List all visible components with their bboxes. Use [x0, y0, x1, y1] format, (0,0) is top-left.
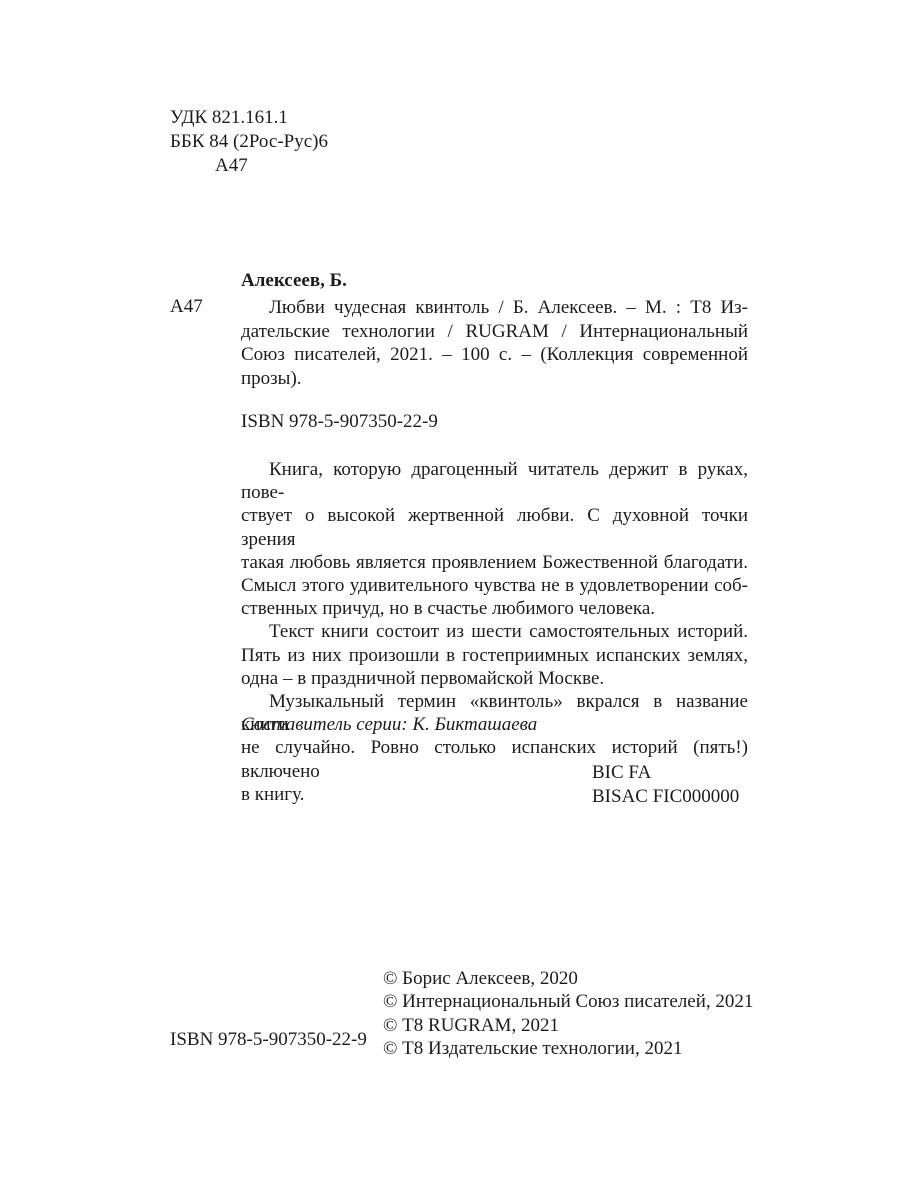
bibliographic-description: Любви чудесная квинтоль / Б. Алексеев. –…: [241, 296, 748, 390]
isbn-bottom: ISBN 978-5-907350-22-9: [170, 1029, 367, 1051]
annotation-line: Пять из них произошли в гостеприимных ис…: [241, 644, 748, 667]
entry-line: дательские технологии / RUGRAM / Интерна…: [241, 320, 748, 344]
annotation: Книга, которую драгоценный читатель держ…: [241, 458, 748, 806]
annotation-line: Книга, которую драгоценный читатель держ…: [241, 458, 748, 504]
annotation-paragraph: Текст книги состоит из шести самостоятел…: [241, 620, 748, 690]
annotation-line: Текст книги состоит из шести самостоятел…: [241, 620, 748, 643]
annotation-line: ствует о высокой жертвенной любви. С дух…: [241, 504, 748, 550]
copyright-line: © Борис Алексеев, 2020: [383, 967, 753, 990]
annotation-paragraph: Книга, которую драгоценный читатель держ…: [241, 458, 748, 620]
annotation-line: ственных причуд, но в счастье любимого ч…: [241, 597, 748, 620]
entry-line: Союз писателей, 2021. – 100 с. – (Коллек…: [241, 343, 748, 367]
entry-line: Любви чудесная квинтоль / Б. Алексеев. –…: [241, 296, 748, 320]
copyright-line: © Интернациональный Союз писателей, 2021: [383, 990, 753, 1013]
annotation-line: не случайно. Ровно столько испанских ист…: [241, 736, 748, 782]
annotation-line: Смысл этого удивительного чувства не в у…: [241, 574, 748, 597]
entry-line: прозы).: [241, 367, 748, 391]
bic-code: BIC FA: [592, 762, 651, 784]
isbn-main: ISBN 978-5-907350-22-9: [241, 411, 438, 433]
author-sign-side: А47: [170, 296, 203, 318]
bbk-code: ББК 84 (2Рос-Рус)6: [170, 131, 328, 153]
series-compiler: Составитель серии: К. Бикташаева: [241, 714, 537, 736]
annotation-line: одна – в праздничной первомайской Москве…: [241, 667, 748, 690]
copyright-line: © Т8 Издательские технологии, 2021: [383, 1037, 753, 1060]
author-sign-top: А47: [215, 155, 248, 177]
copyright-line: © Т8 RUGRAM, 2021: [383, 1014, 753, 1037]
author-heading: Алексеев, Б.: [241, 270, 347, 292]
bisac-code: BISAC FIC000000: [592, 786, 739, 808]
copyright-notices: © Борис Алексеев, 2020 © Интернациональн…: [383, 967, 753, 1060]
udk-code: УДК 821.161.1: [170, 107, 288, 129]
annotation-line: такая любовь является проявлением Божест…: [241, 551, 748, 574]
